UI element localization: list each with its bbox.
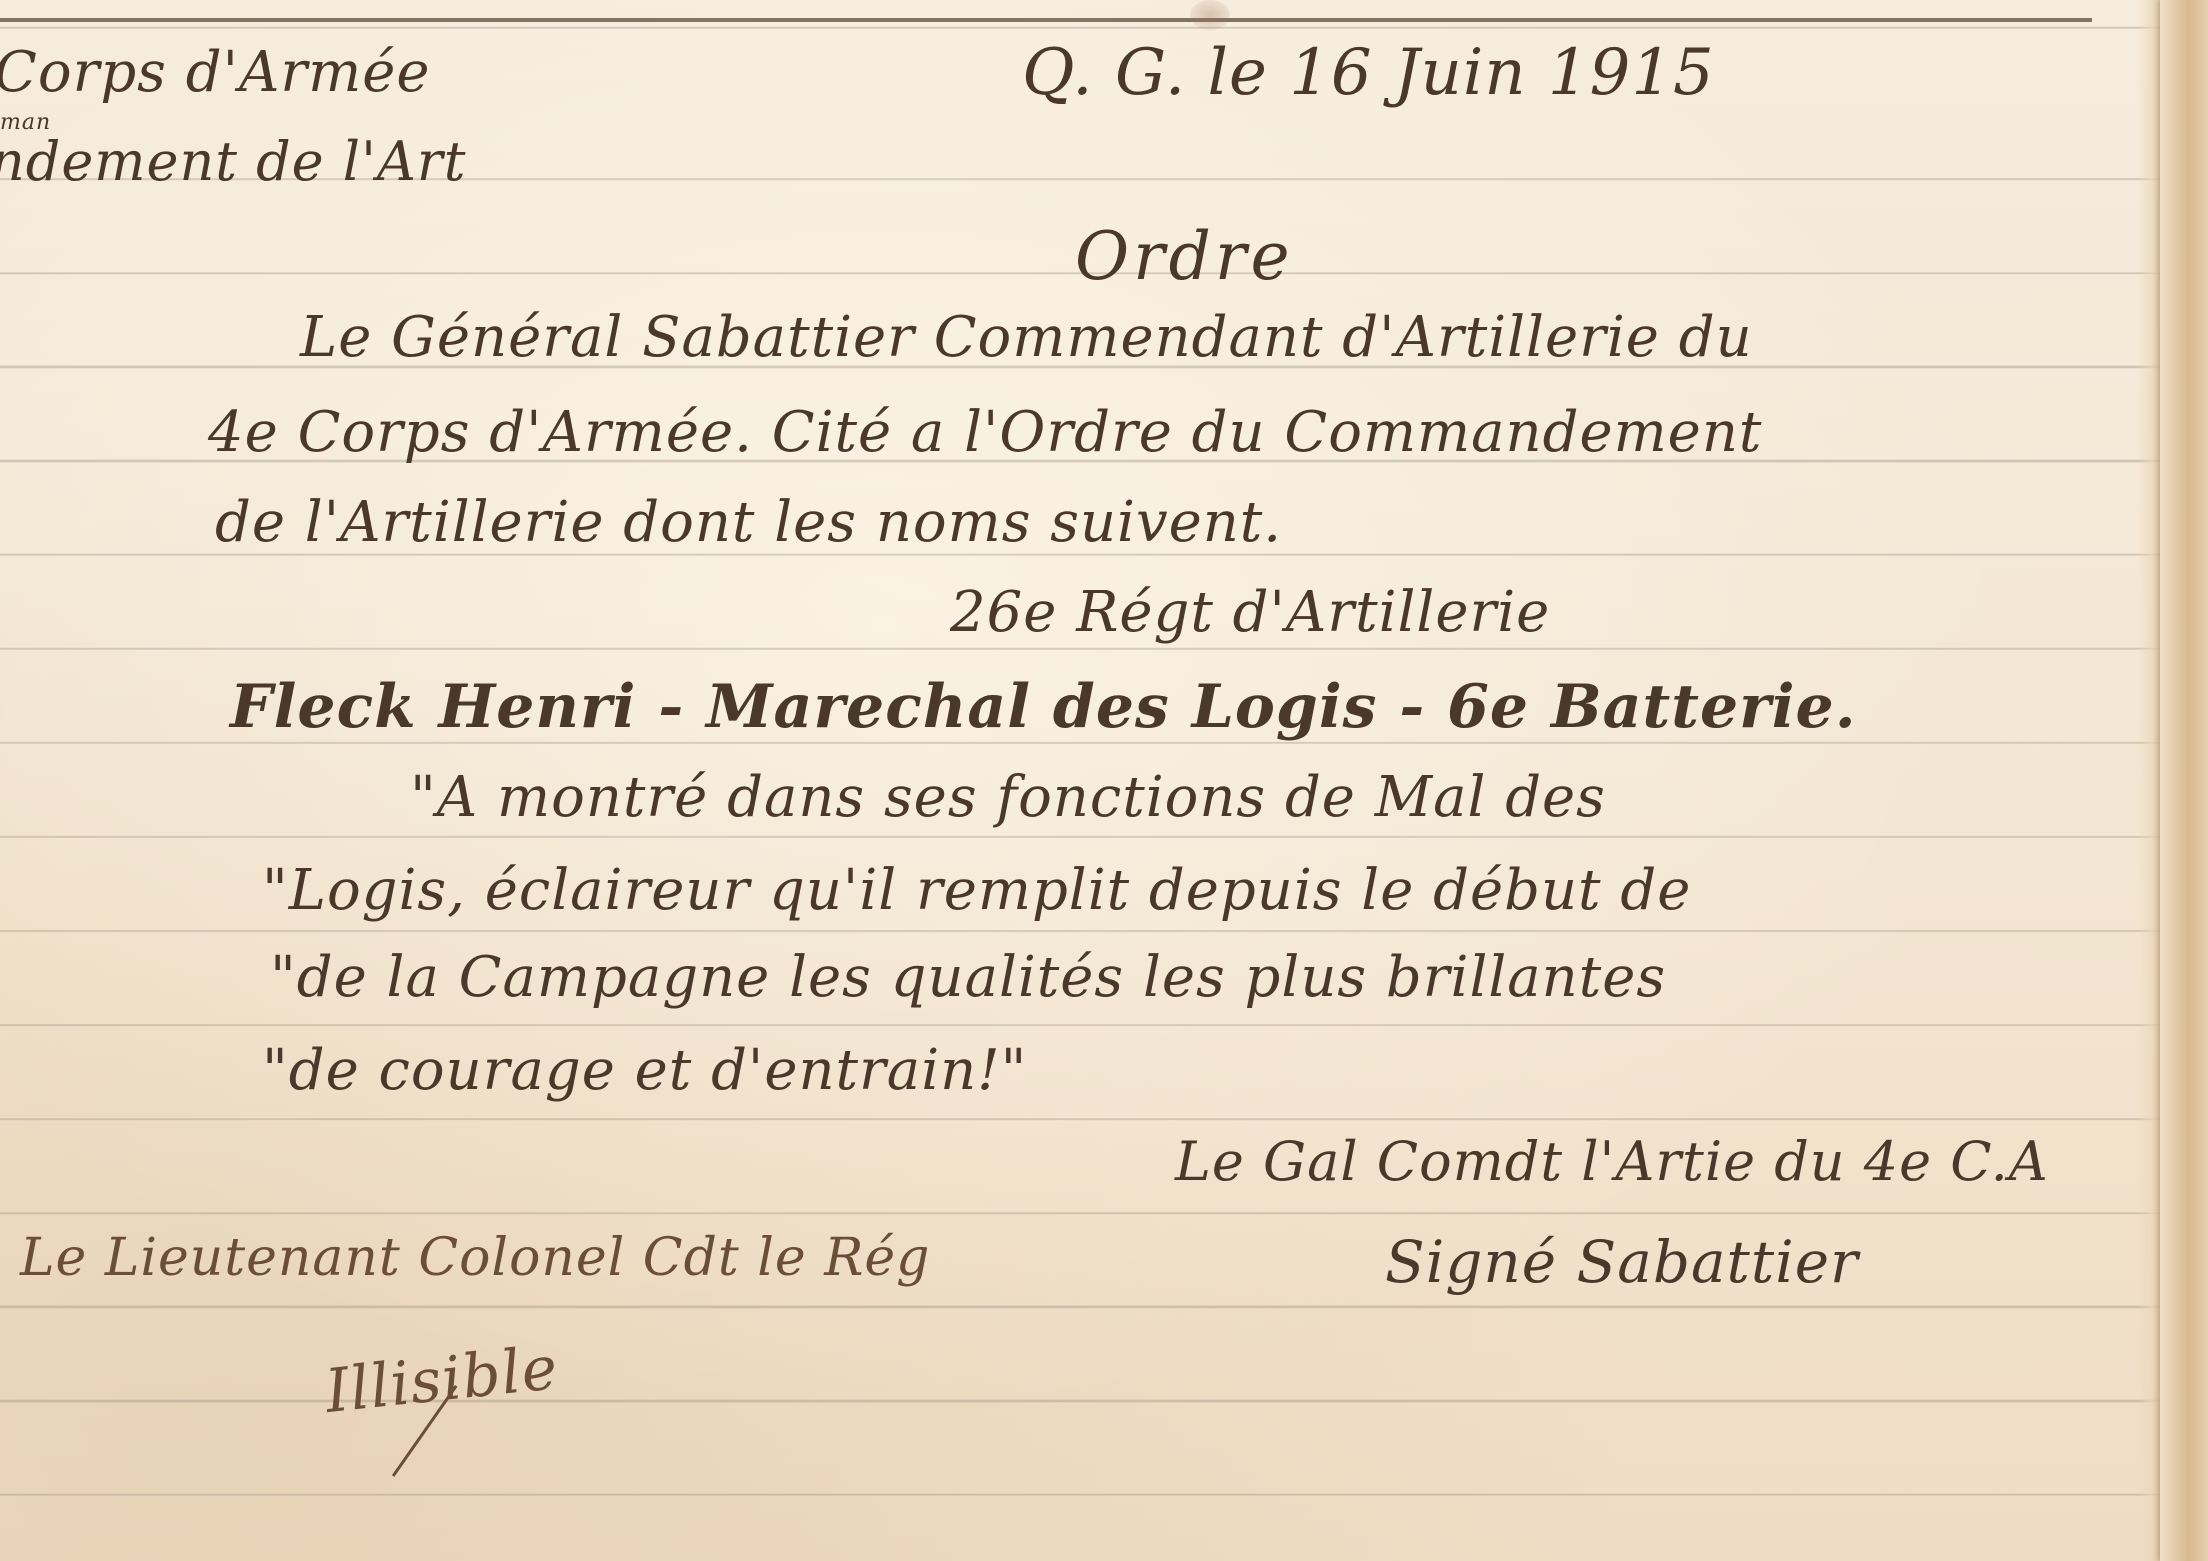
citation-line-3: "de la Campagne les qualités les plus br… (270, 945, 1666, 1010)
soldier-name-line: Fleck Henri - Marechal des Logis - 6e Ba… (230, 672, 1857, 742)
body-line-2: 4e Corps d'Armée. Cité a l'Ordre du Comm… (208, 400, 1762, 465)
place-date: Q. G. le 16 Juin 1915 (1022, 36, 1715, 110)
general-title: Le Gal Comdt l'Artie du 4e C.A (1175, 1130, 2049, 1193)
regiment-heading: 26e Régt d'Artillerie (950, 580, 1550, 645)
ink-smudge (1190, 0, 1230, 30)
colonel-title: Le Lieutenant Colonel Cdt le Rég (20, 1228, 930, 1288)
body-line-3: de l'Artillerie dont les noms suivent. (215, 490, 1282, 555)
top-margin-rule (0, 18, 2092, 22)
header-command-line: ndement de l'Art (0, 130, 466, 193)
body-line-1: Le Général Sabattier Commendant d'Artill… (300, 305, 1753, 370)
scanned-page: Corps d'Armée man ndement de l'Art Q. G.… (0, 0, 2208, 1561)
general-signature: Signé Sabattier (1385, 1228, 1859, 1296)
document-title: Ordre (1075, 218, 1294, 295)
book-binding (2160, 0, 2208, 1561)
header-unit-line: Corps d'Armée (0, 40, 431, 105)
citation-line-4: "de courage et d'entrain!" (262, 1038, 1027, 1103)
page-edge (2138, 0, 2160, 1561)
citation-line-2: "Logis, éclaireur qu'il remplit depuis l… (262, 858, 1691, 923)
citation-line-1: "A montré dans ses fonctions de Mal des (410, 765, 1606, 830)
